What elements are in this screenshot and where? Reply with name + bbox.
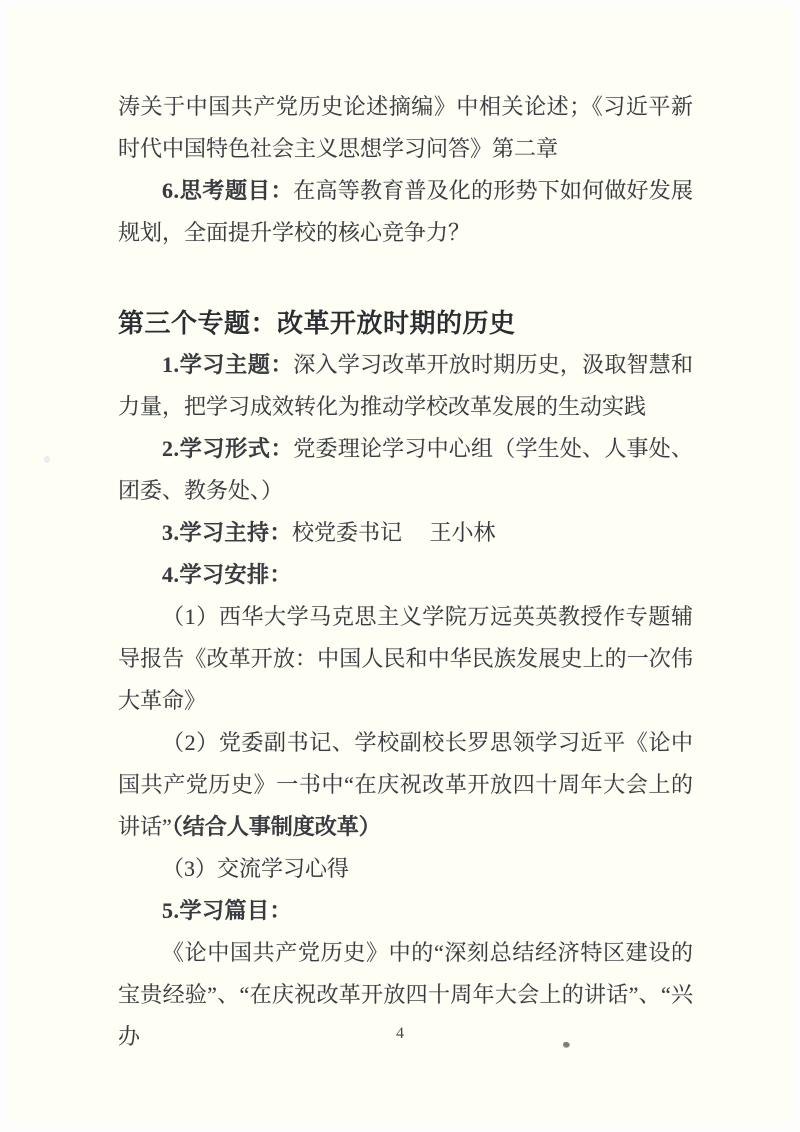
paragraph-sub-3: （3）交流学习心得 xyxy=(118,848,693,890)
item-1-label: 1.学习主题： xyxy=(162,352,293,377)
paragraph-sub-1: （1）西华大学马克思主义学院万远英英教授作专题辅导报告《改革开放：中国人民和中华… xyxy=(118,596,693,722)
page-number: 4 xyxy=(0,1024,800,1044)
paragraph-continuation: 涛关于中国共产党历史论述摘编》中相关论述；《习近平新时代中国特色社会主义思想学习… xyxy=(118,86,693,170)
item-4-label: 4.学习安排： xyxy=(162,562,292,587)
item-3-text: 校党委书记 王小林 xyxy=(292,520,496,545)
paragraph-item-5: 5.学习篇目： xyxy=(118,890,693,932)
section-heading: 第三个专题：改革开放时期的历史 xyxy=(118,302,693,344)
paragraph-item-1: 1.学习主题：深入学习改革开放时期历史，汲取智慧和力量，把学习成效转化为推动学校… xyxy=(118,344,693,428)
item-5-label: 5.学习篇目： xyxy=(162,898,292,923)
scan-artifact-faint xyxy=(44,456,50,463)
scanned-document-page: 涛关于中国共产党历史论述摘编》中相关论述；《习近平新时代中国特色社会主义思想学习… xyxy=(0,0,800,1132)
item-6-label: 6.思考题目： xyxy=(162,178,293,203)
paragraph-item-2: 2.学习形式：党委理论学习中心组（学生处、人事处、团委、教务处、） xyxy=(118,428,693,512)
paragraph-item-3: 3.学习主持：校党委书记 王小林 xyxy=(118,512,693,554)
sub-2-bold-note: （结合人事制度改革） xyxy=(172,814,381,839)
paragraph-item-4: 4.学习安排： xyxy=(118,554,693,596)
item-2-label: 2.学习形式： xyxy=(162,436,293,461)
paragraph-sub-2: （2）党委副书记、学校副校长罗思领学习近平《论中国共产党历史》一书中“在庆祝改革… xyxy=(118,722,693,848)
paragraph-item-6: 6.思考题目：在高等教育普及化的形势下如何做好发展规划，全面提升学校的核心竞争力… xyxy=(118,170,693,254)
document-body: 涛关于中国共产党历史论述摘编》中相关论述；《习近平新时代中国特色社会主义思想学习… xyxy=(118,86,693,1058)
item-3-label: 3.学习主持： xyxy=(162,520,292,545)
